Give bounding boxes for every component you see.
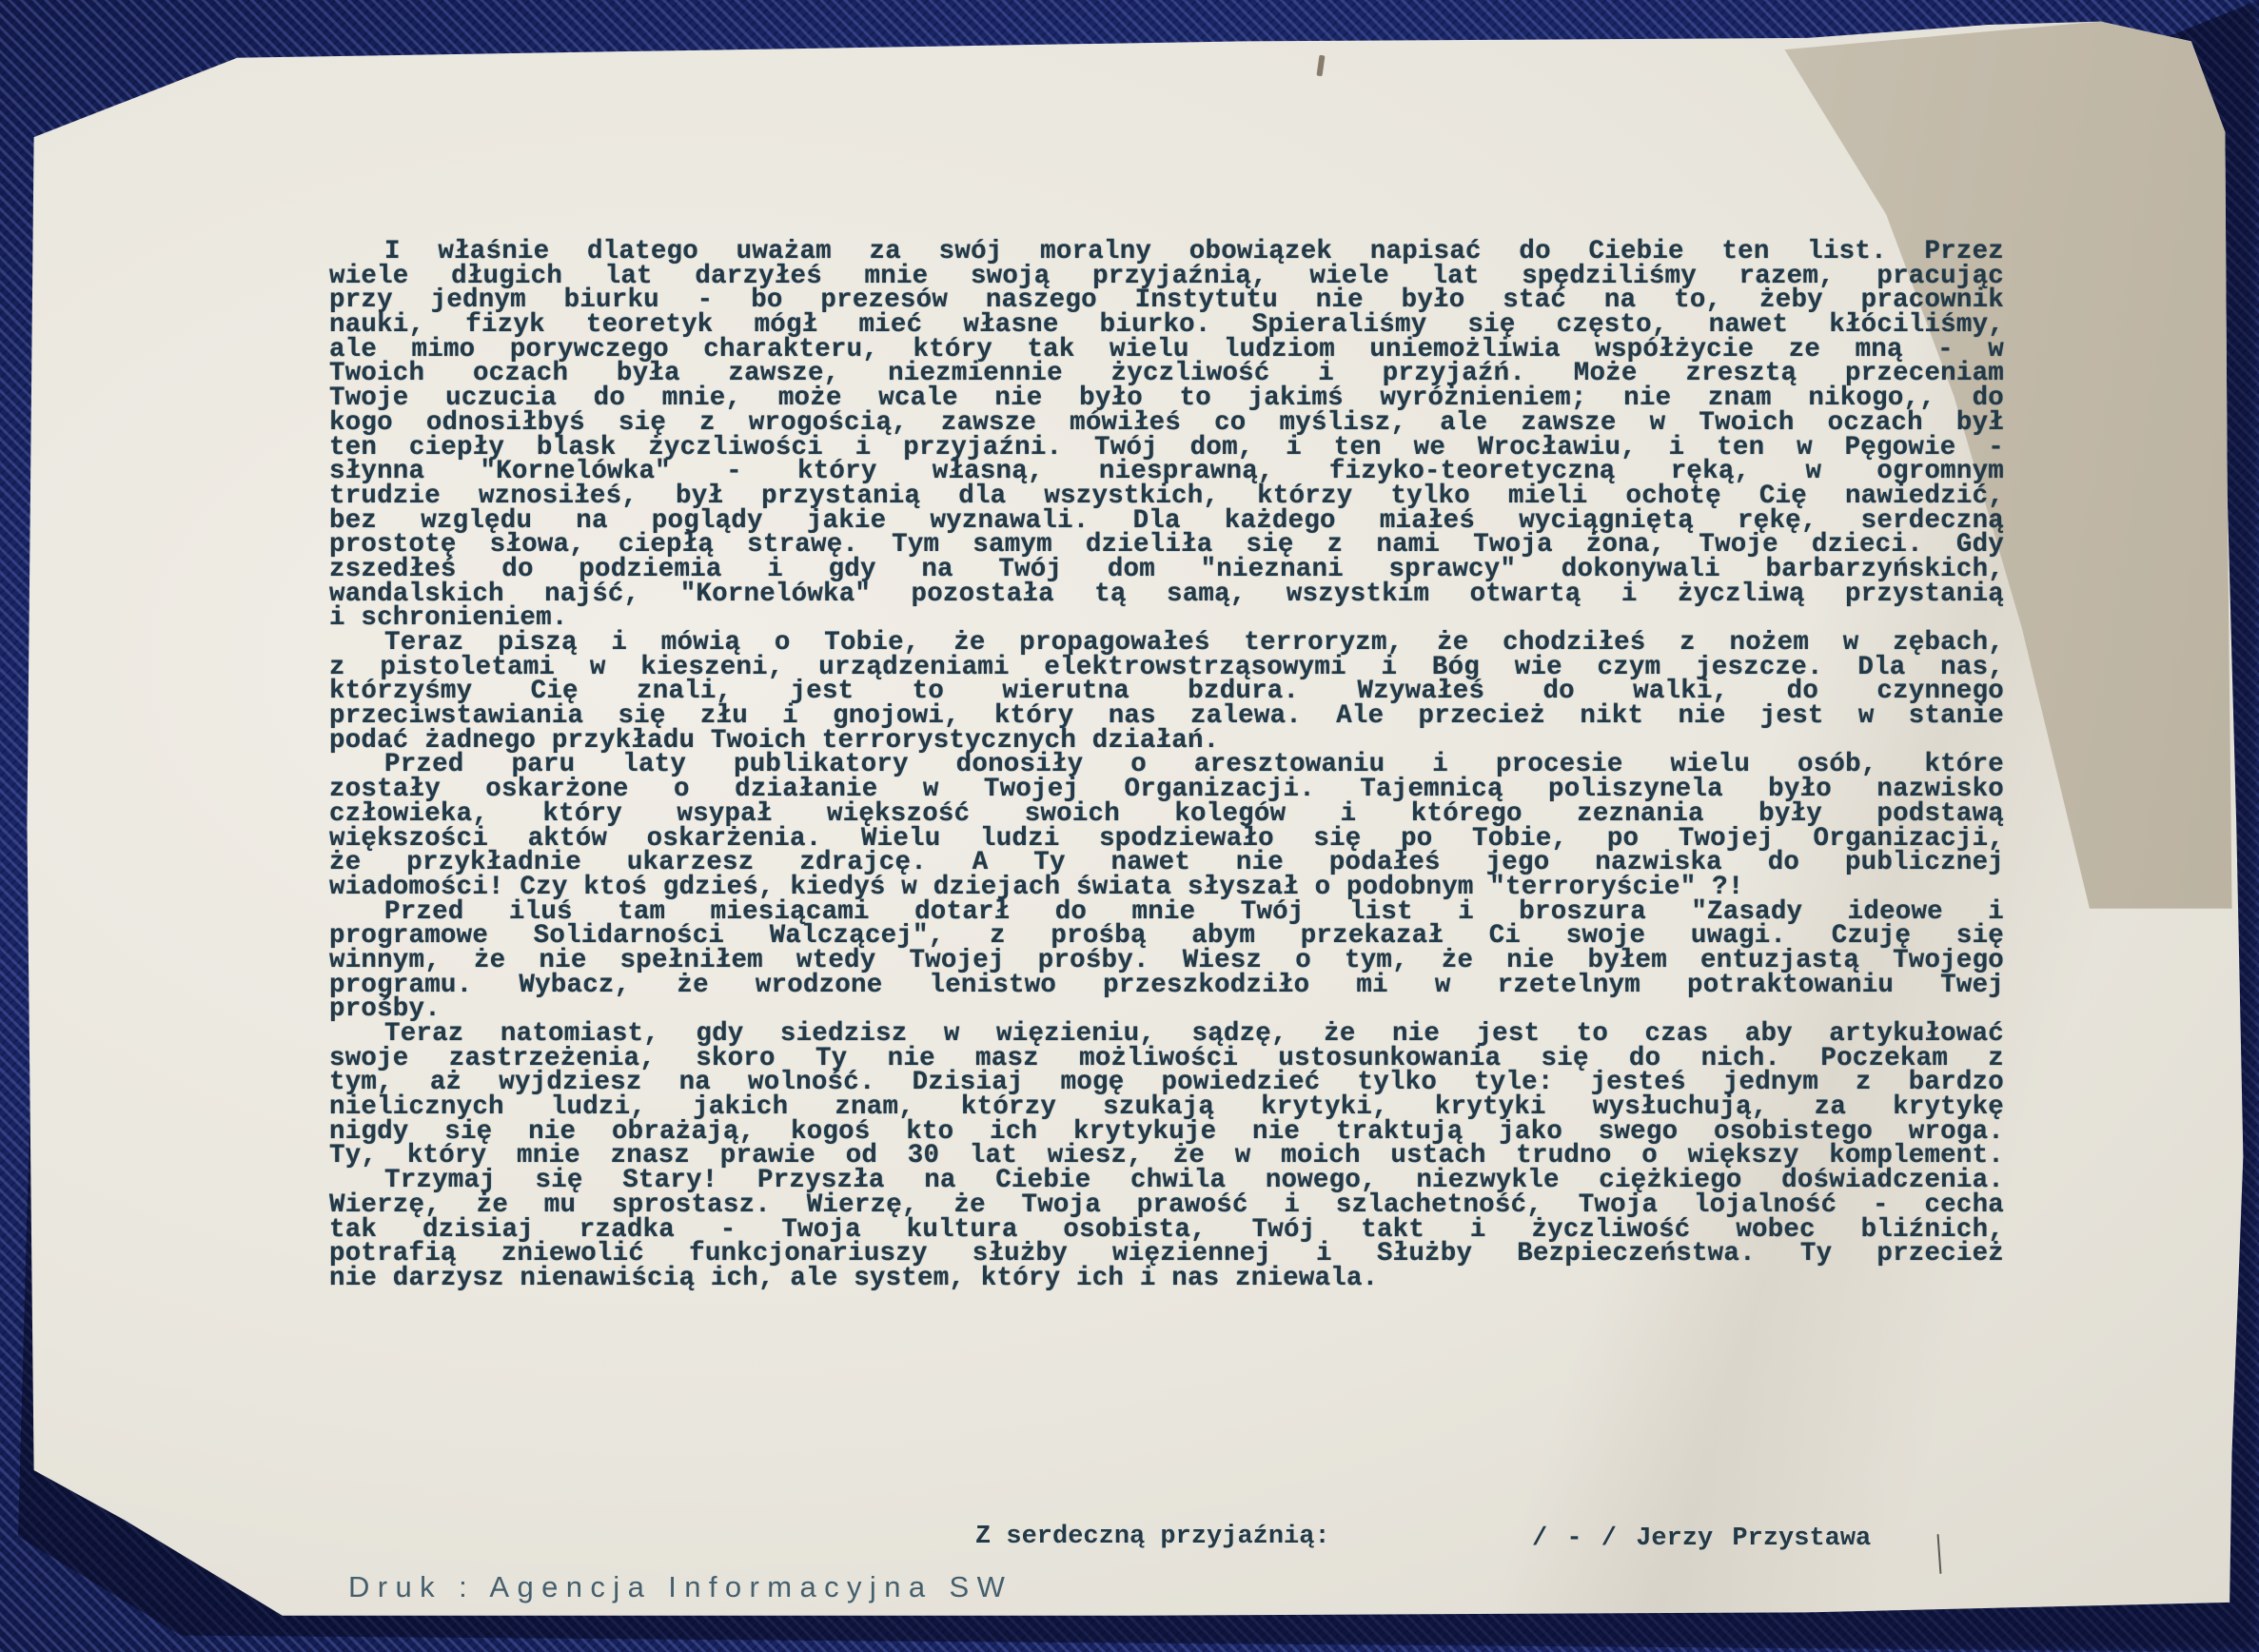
letter-line: kogo odnosiłbyś się z wrogością, zawsze …	[329, 411, 2004, 436]
letter-line: Wierzę, że mu sprostasz. Wierzę, że Twoj…	[329, 1193, 2004, 1218]
printer-imprint: Druk : Agencja Informacyjna SW	[348, 1570, 1012, 1604]
letter-line: nie darzysz nienawiścią ich, ale system,…	[329, 1267, 2004, 1291]
letter-line: winnym, że nie spełniłem wtedy Twojej pr…	[329, 949, 2004, 973]
letter-line: zszedłeś do podziemia i gdy na Twój dom …	[329, 558, 2004, 582]
letter-body: I właśnie dlatego uważam za swój moralny…	[329, 240, 2004, 1291]
letter-line: nauki, fizyk teoretyk mógł mieć własne b…	[329, 313, 2004, 338]
bleed-through-text	[2027, 542, 2217, 828]
letter-line: programu. Wybacz, że wrodzone lenistwo p…	[329, 973, 2004, 998]
letter-line: zostały oskarżone o działanie w Twojej O…	[329, 777, 2004, 802]
letter-line: człowieka, który wsypał większość swoich…	[329, 802, 2004, 827]
letter-line: nielicznych ludzi, jakich znam, którzy s…	[329, 1095, 2004, 1120]
letter-line: Teraz piszą i mówią o Tobie, że propagow…	[329, 631, 2004, 656]
letter-line: przeciwstawiania się złu i gnojowi, któr…	[329, 704, 2004, 729]
letter-line: Trzymaj się Stary! Przyszła na Ciebie ch…	[329, 1169, 2004, 1193]
signature: / - / Jerzy Przystawa	[1532, 1524, 1871, 1553]
letter-line: wandalskich najść, "Kornelówka" pozostał…	[329, 582, 2004, 607]
letter-line: wiadomości! Czy ktoś gdzieś, kiedyś w dz…	[329, 875, 2004, 900]
letter-line: trudzie wznosiłeś, był przystanią dla ws…	[329, 484, 2004, 509]
letter-line: Teraz natomiast, gdy siedzisz w więzieni…	[329, 1022, 2004, 1047]
letter-line: Twoje uczucia do mnie, może wcale nie by…	[329, 386, 2004, 411]
closing-salutation: Z serdeczną przyjaźnią:	[975, 1523, 1330, 1551]
letter-line: I właśnie dlatego uważam za swój moralny…	[329, 240, 2004, 265]
